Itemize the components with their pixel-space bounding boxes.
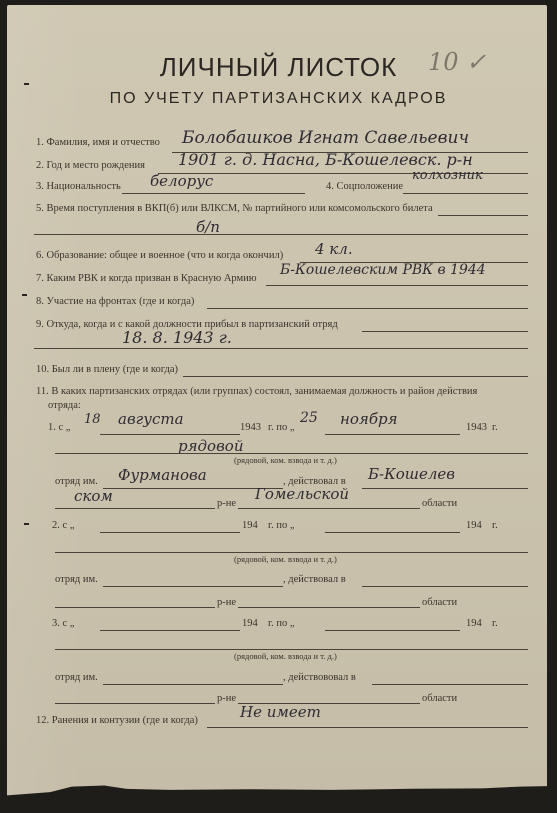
det3-detachment-line xyxy=(103,684,283,685)
field-4-line xyxy=(403,193,528,194)
det3-num: 3. с „ xyxy=(52,618,74,629)
det1-to-line xyxy=(325,434,460,435)
det2-detachment-label: отряд им. xyxy=(55,574,98,585)
field-1-label: 1. Фамилия, имя и отчество xyxy=(36,137,160,148)
det2-num: 2. с „ xyxy=(52,520,74,531)
field-11-label-cont: отряда: xyxy=(48,400,81,411)
field-5-line-b xyxy=(34,234,528,235)
det3-district-line xyxy=(55,703,215,704)
field-3-value[interactable]: белорус xyxy=(150,172,213,190)
det1-district[interactable]: ском xyxy=(74,487,113,505)
field-6-value[interactable]: 4 кл. xyxy=(315,240,353,258)
field-1-value[interactable]: Болобашков Игнат Савельевич xyxy=(182,128,469,148)
field-5-value[interactable]: б/п xyxy=(196,218,220,236)
field-10-line xyxy=(183,376,528,377)
field-5-line-a xyxy=(438,215,528,216)
field-12-value[interactable]: Не имеет xyxy=(240,703,321,721)
det1-from-line xyxy=(100,434,240,435)
field-8-label: 8. Участие на фронтах (где и когда) xyxy=(36,296,194,307)
det3-from-line xyxy=(100,630,240,631)
det3-to-line xyxy=(325,630,460,631)
det1-to-label: г. по „ xyxy=(268,422,295,433)
field-2-label: 2. Год и место рождения xyxy=(36,160,145,171)
det3-area-line xyxy=(372,684,528,685)
det1-detachment-label: отряд им. xyxy=(55,476,98,487)
binder-tick xyxy=(24,523,29,525)
det1-from-year[interactable]: 1943 xyxy=(240,422,261,433)
field-3-label: 3. Национальность xyxy=(36,181,121,192)
field-7-label: 7. Каким РВК и когда призван в Красную А… xyxy=(36,273,257,284)
field-11-label: 11. В каких партизанских отрядах (или гр… xyxy=(36,386,477,397)
det1-position-hint: (рядовой, ком. взвода и т. д.) xyxy=(234,455,337,465)
det2-district-line xyxy=(55,607,215,608)
det3-district-suffix: р-не xyxy=(217,693,236,704)
field-8-line xyxy=(207,308,528,309)
binder-tick xyxy=(24,83,29,85)
field-7-value[interactable]: Б-Кошелевским РВК в 1944 xyxy=(280,262,486,278)
det2-district-suffix: р-не xyxy=(217,597,236,608)
field-3-line xyxy=(122,193,305,194)
det3-operated-label: , действововал в xyxy=(283,672,356,683)
det3-region-suffix: области xyxy=(422,693,457,704)
field-5-label: 5. Время поступления в ВКП(б) или ВЛКСМ,… xyxy=(36,203,433,214)
det3-year-end: г. xyxy=(492,618,498,629)
det3-detachment-label: отряд им. xyxy=(55,672,98,683)
margin-note: 10 ✓ xyxy=(428,48,486,76)
det1-to-year[interactable]: 1943 xyxy=(466,422,487,433)
det2-area-line xyxy=(362,586,528,587)
det1-district-suffix: р-не xyxy=(217,498,236,509)
det2-year-end: г. xyxy=(492,520,498,531)
det1-position-line xyxy=(55,453,528,454)
det1-area[interactable]: Б-Кошелев xyxy=(368,465,455,483)
det1-from-month[interactable]: августа xyxy=(118,410,184,428)
document-subtitle: ПО УЧЕТУ ПАРТИЗАНСКИХ КАДРОВ xyxy=(0,90,557,108)
binder-tick xyxy=(22,294,27,296)
field-12-line xyxy=(207,727,528,728)
det1-num: 1. с „ xyxy=(48,422,70,433)
det1-area-line xyxy=(362,488,528,489)
field-2-value[interactable]: 1901 г. д. Насна, Б-Кошелевск. р-н xyxy=(178,150,473,169)
det2-to-label: г. по „ xyxy=(268,520,295,531)
det2-region-line xyxy=(238,607,420,608)
torn-edge xyxy=(7,780,547,802)
field-4-label: 4. Соцположение xyxy=(326,181,403,192)
det1-from-day[interactable]: 18 xyxy=(84,412,101,427)
det3-from-year[interactable]: 194 xyxy=(242,618,258,629)
det2-region-suffix: области xyxy=(422,597,457,608)
det2-position-hint: (рядовой, ком. взвода и т. д.) xyxy=(234,554,337,564)
det2-operated-label: , действовал в xyxy=(283,574,346,585)
det1-detachment-name[interactable]: Фурманова xyxy=(118,466,207,484)
field-7-line xyxy=(266,285,528,286)
det3-position-line xyxy=(55,649,528,650)
field-10-label: 10. Был ли в плену (где и когда) xyxy=(36,364,178,375)
det1-district-line xyxy=(55,508,215,509)
det1-year-end: г. xyxy=(492,422,498,433)
det1-region[interactable]: Гомельской xyxy=(255,485,349,503)
det3-to-label: г. по „ xyxy=(268,618,295,629)
det2-from-line xyxy=(100,532,240,533)
det2-position-line xyxy=(55,552,528,553)
field-9-line-b xyxy=(34,348,528,349)
det3-to-year[interactable]: 194 xyxy=(466,618,482,629)
det2-detachment-line xyxy=(103,586,283,587)
det1-region-suffix: области xyxy=(422,498,457,509)
det2-from-year[interactable]: 194 xyxy=(242,520,258,531)
field-4-value[interactable]: колхозник xyxy=(412,168,483,183)
det2-to-year[interactable]: 194 xyxy=(466,520,482,531)
field-6-label: 6. Образование: общее и военное (что и к… xyxy=(36,250,283,261)
field-9-line-a xyxy=(362,331,528,332)
det3-position-hint: (рядовой, ком. взвода и т. д.) xyxy=(234,651,337,661)
det2-to-line xyxy=(325,532,460,533)
det1-to-month[interactable]: ноября xyxy=(340,410,398,428)
det1-to-day[interactable]: 25 xyxy=(300,410,318,426)
det1-region-line xyxy=(238,508,420,509)
field-12-label: 12. Ранения и контузии (где и когда) xyxy=(36,715,198,726)
field-9-value[interactable]: 18. 8. 1943 г. xyxy=(122,328,232,347)
